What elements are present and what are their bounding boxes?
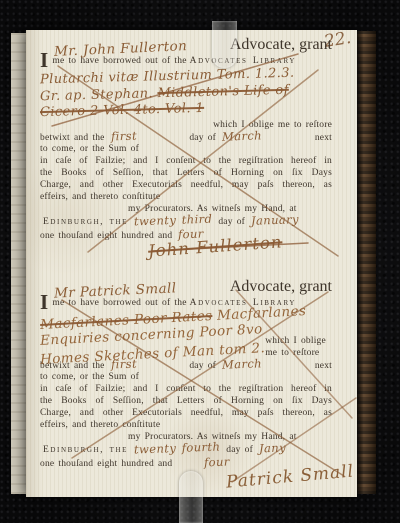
signed-month: January (251, 214, 299, 226)
signed-day: twenty fourth (134, 441, 221, 454)
signed-year: four (204, 457, 230, 468)
library-name: Advocates Library (190, 56, 296, 66)
register-page: 22. Mr. John Fullerton Advocate, grant I… (26, 30, 357, 497)
form-sum-line: to come, or the Sum of (40, 143, 332, 155)
signed-day: twenty third (134, 214, 213, 227)
return-date-line: betwixt and thefirst day ofMarch next (40, 131, 332, 143)
signature-line: John Fullerton (40, 239, 332, 259)
signature: John Fullerton (148, 237, 283, 256)
form-sum-line: to come, or the Sum of (40, 371, 332, 383)
form-oblige-line: which I oblige me to reſtore (265, 335, 332, 359)
book-fore-edge (357, 31, 376, 494)
borrower-name: Mr Patrick Small (54, 283, 177, 298)
form-failzie-line: the Books of Seſſion, that Letters of Ho… (40, 167, 332, 179)
mount-tab-top (212, 21, 237, 68)
book-line: Gr. ap. Stephan. Middleton's Life of (40, 85, 332, 102)
drop-cap: I (40, 52, 48, 68)
form-failzie-line: effeirs, and thereto conſtitute (40, 419, 332, 431)
mount-tab-bottom (179, 471, 203, 523)
drop-cap: I (40, 294, 48, 310)
edinburgh-label: Edinburgh, the (43, 444, 128, 456)
return-day: first (110, 131, 136, 142)
form-failzie-line: in caſe of Failzie; and I conſent to the… (40, 155, 332, 167)
form-failzie-line: Charge, and other Executorials needful, … (40, 179, 332, 191)
signed-month: Jany (259, 443, 286, 454)
borrow-entry-small: Mr Patrick Small Advocate, grant Ime to … (40, 280, 332, 489)
borrower-line: Mr Patrick Small Advocate, grant (40, 280, 332, 296)
return-month: March (222, 130, 262, 141)
return-day: first (110, 359, 136, 370)
form-advocate-grant: Advocate, grant (230, 36, 332, 54)
underlying-page-edge (11, 33, 27, 494)
form-oblige-line: which I oblige me to reſtore (40, 119, 332, 131)
form-failzie-line: effeirs, and thereto conſtitute (40, 191, 332, 203)
form-failzie-line: the Books of Seſſion, that Letters of Ho… (40, 395, 332, 407)
signing-date-line: Edinburgh, the twenty fourth day of Jany (40, 443, 332, 457)
borrower-name: Mr. John Fullerton (54, 41, 187, 57)
return-month: March (222, 358, 262, 369)
form-failzie-line: Charge, and other Executorials needful, … (40, 407, 332, 419)
signature: Patrick Small (226, 466, 355, 487)
edinburgh-label: Edinburgh, the (43, 216, 128, 228)
register-photo: 22. Mr. John Fullerton Advocate, grant I… (0, 0, 400, 523)
book-line: Cicero 2 Vol. 4to. Vol. 1 (40, 102, 332, 119)
form-failzie-line: in caſe of Failzie; and I conſent to the… (40, 383, 332, 395)
borrower-line: Mr. John Fullerton Advocate, grant (40, 38, 332, 54)
borrow-entry-fullerton: Mr. John Fullerton Advocate, grant Ime t… (40, 38, 332, 259)
form-advocate-grant: Advocate, grant (230, 278, 332, 296)
